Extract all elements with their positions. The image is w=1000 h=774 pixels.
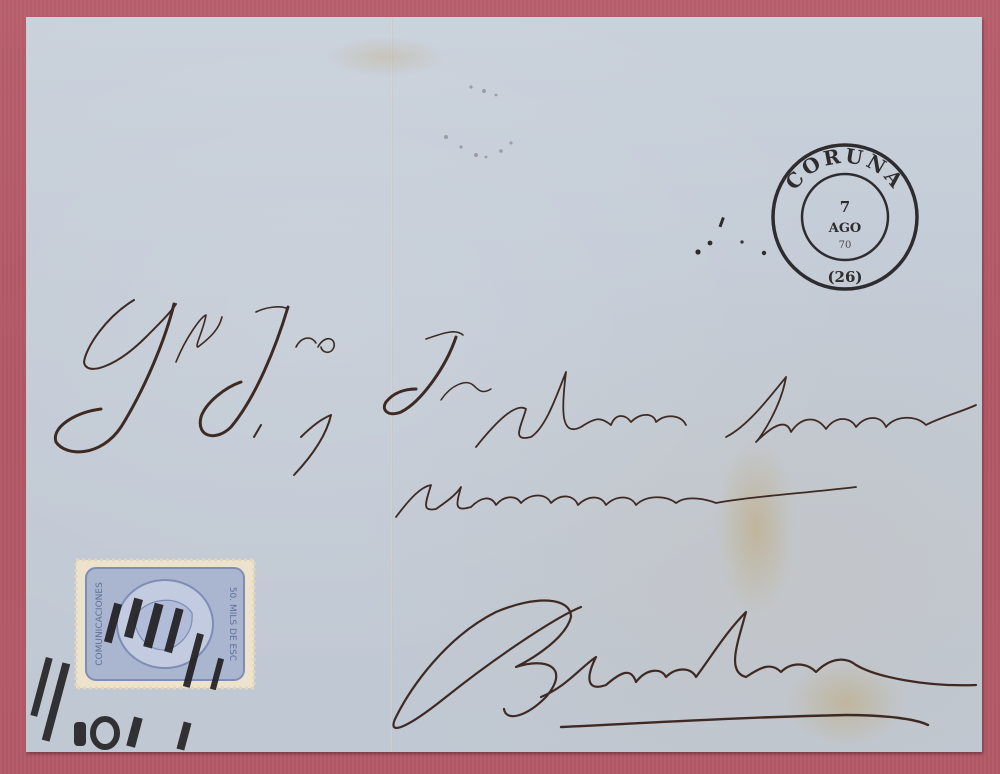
postmark-town: CORUÑA bbox=[780, 143, 909, 194]
stamp-right-text: 50. MILS DE ESC bbox=[227, 587, 237, 661]
postmark-month: AGO bbox=[828, 221, 862, 236]
postmark-day: 7 bbox=[840, 198, 850, 216]
svg-text:CORUÑA: CORUÑA bbox=[780, 143, 909, 194]
grill-cancel-overflow bbox=[30, 637, 220, 752]
postmark-number: (26) bbox=[827, 268, 862, 286]
coruna-postmark: CORUÑA 7 AGO 70 (26) bbox=[768, 140, 922, 294]
postal-cover: Sres. Sres. D. y Jn. Alesan hermanos del… bbox=[26, 17, 982, 752]
postmark-year: 70 bbox=[839, 240, 852, 251]
